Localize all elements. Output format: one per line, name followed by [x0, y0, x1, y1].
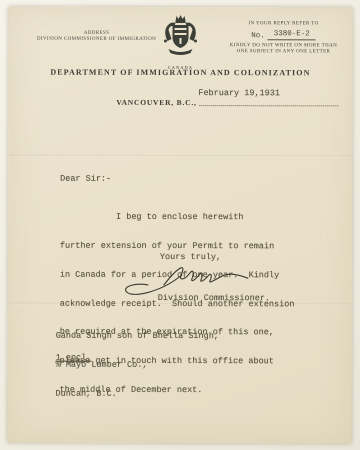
reference-block: IN YOUR REPLY REFER TO No. 3380-E-2 KIND… — [224, 21, 342, 55]
salutation: Dear Sir:- — [60, 175, 111, 185]
one-subject-note-line2: ONE SUBJECT IN ANY ONE LETTER — [224, 49, 342, 55]
reference-number-label: No. — [251, 32, 265, 40]
date-dotted-rule — [200, 104, 339, 106]
fold-crease — [8, 155, 352, 158]
department-title: DEPARTMENT OF IMMIGRATION AND COLONIZATI… — [8, 68, 352, 78]
reply-note: IN YOUR REPLY REFER TO — [225, 21, 343, 27]
enclosure-note: 1 encl. — [56, 354, 92, 364]
signer-title: Division Commissioner. — [158, 294, 270, 304]
body-line: I beg to enclose herewith — [60, 213, 295, 223]
addressee-block: Ganda Singh son of Bhella Singh, % Mayo … — [55, 313, 219, 419]
reference-number-line: No. 3380-E-2 — [224, 30, 342, 40]
addressee-line: Duncan, B.C. — [56, 389, 219, 399]
place-label: VANCOUVER, B.C., — [116, 98, 196, 107]
reference-number: 3380-E-2 — [268, 30, 316, 40]
canada-coat-of-arms-icon — [160, 46, 200, 63]
letter-paper: ADDRESS DIVISION COMMISSIONER OF IMMIGRA… — [7, 7, 352, 444]
place-label-line: VANCOUVER, B.C., — [116, 98, 338, 108]
addressee-line: Ganda Singh son of Bhella Singh, — [56, 332, 219, 342]
place-date-line: February 19,1931 VANCOUVER, B.C., — [116, 91, 338, 108]
body-line: further extension of your Permit to rema… — [60, 242, 295, 252]
